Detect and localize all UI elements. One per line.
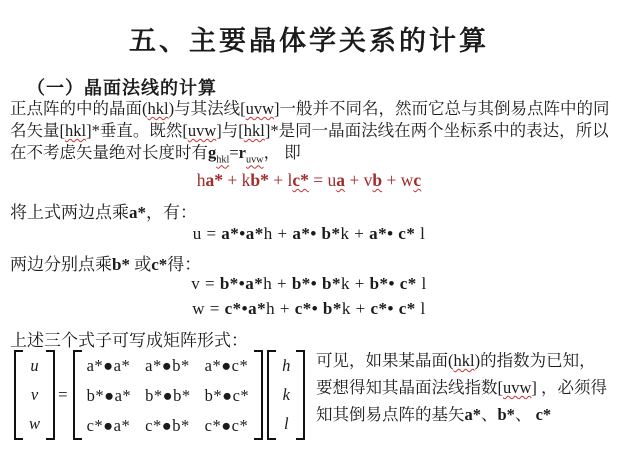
statement-dot-multiply-a: 将上式两边点乘a*，有：	[10, 198, 197, 223]
hkl-vector: h k l	[267, 350, 305, 440]
uvw-vector: u v w	[14, 350, 55, 440]
matrix-cell: c*●b*	[145, 416, 190, 436]
section-heading: （一）晶面法线的计算	[27, 74, 217, 100]
matrix-cell: a*●a*	[87, 356, 132, 376]
equation-v: v = b*•a*h + b*• b*k + b*• c* l	[0, 274, 618, 294]
right-bracket	[46, 350, 55, 440]
vector-entry: k	[282, 385, 290, 405]
statement-dot-multiply-bc: 两边分别点乘b* 或c*得：	[10, 250, 201, 275]
vector-entry: v	[29, 385, 40, 405]
matrix-cell: a*●c*	[205, 356, 250, 376]
vector-entry: l	[282, 414, 290, 434]
equation-w: w = c*•a*h + c*• b*k + c*• c* l	[0, 299, 618, 319]
left-bracket	[73, 350, 82, 440]
vector-entry: w	[29, 414, 40, 434]
matrix-cell: b*●a*	[87, 386, 132, 406]
matrix-cell: a*●b*	[145, 356, 190, 376]
right-bracket	[254, 350, 263, 440]
vector-entry: u	[29, 356, 40, 376]
vector-entry: h	[282, 356, 290, 376]
reciprocal-relation-formula: ha* + kb* + lc* = ua + vb + wc	[0, 170, 618, 191]
conclusion-paragraph: 可见，如果某晶面(hkl)的指数为已知，要想得知其晶面法线指数[uvw] ，必须…	[316, 347, 612, 428]
matrix-cell: b*●c*	[205, 386, 250, 406]
matrix-cell: c*●a*	[87, 416, 132, 436]
intro-paragraph: 正点阵的中的晶面(hkl)与其法线[uvw]一般并不同名，然而它总与其倒易点阵中…	[10, 98, 610, 164]
matrix-cell: c*●c*	[205, 416, 250, 436]
left-bracket	[14, 350, 23, 440]
equals-sign: =	[58, 385, 68, 405]
equation-u: u = a*•a*h + a*• b*k + a*• c* l	[0, 224, 618, 244]
metric-matrix: a*●a* a*●b* a*●c* b*●a* b*●b* b*●c* c*●a…	[73, 350, 264, 440]
left-bracket	[267, 350, 276, 440]
right-bracket	[296, 350, 305, 440]
slide: { "colors": { "text": "#1b1b1b", "formul…	[0, 0, 618, 456]
matrix-equation: u v w = a*●a* a*●b* a*●c* b*●a* b*●b* b*…	[14, 350, 305, 440]
slide-title: 五、主要晶体学关系的计算	[0, 19, 618, 58]
statement-matrix-form: 上述三个式子可写成矩阵形式：	[10, 326, 248, 351]
matrix-cell: b*●b*	[145, 386, 190, 406]
